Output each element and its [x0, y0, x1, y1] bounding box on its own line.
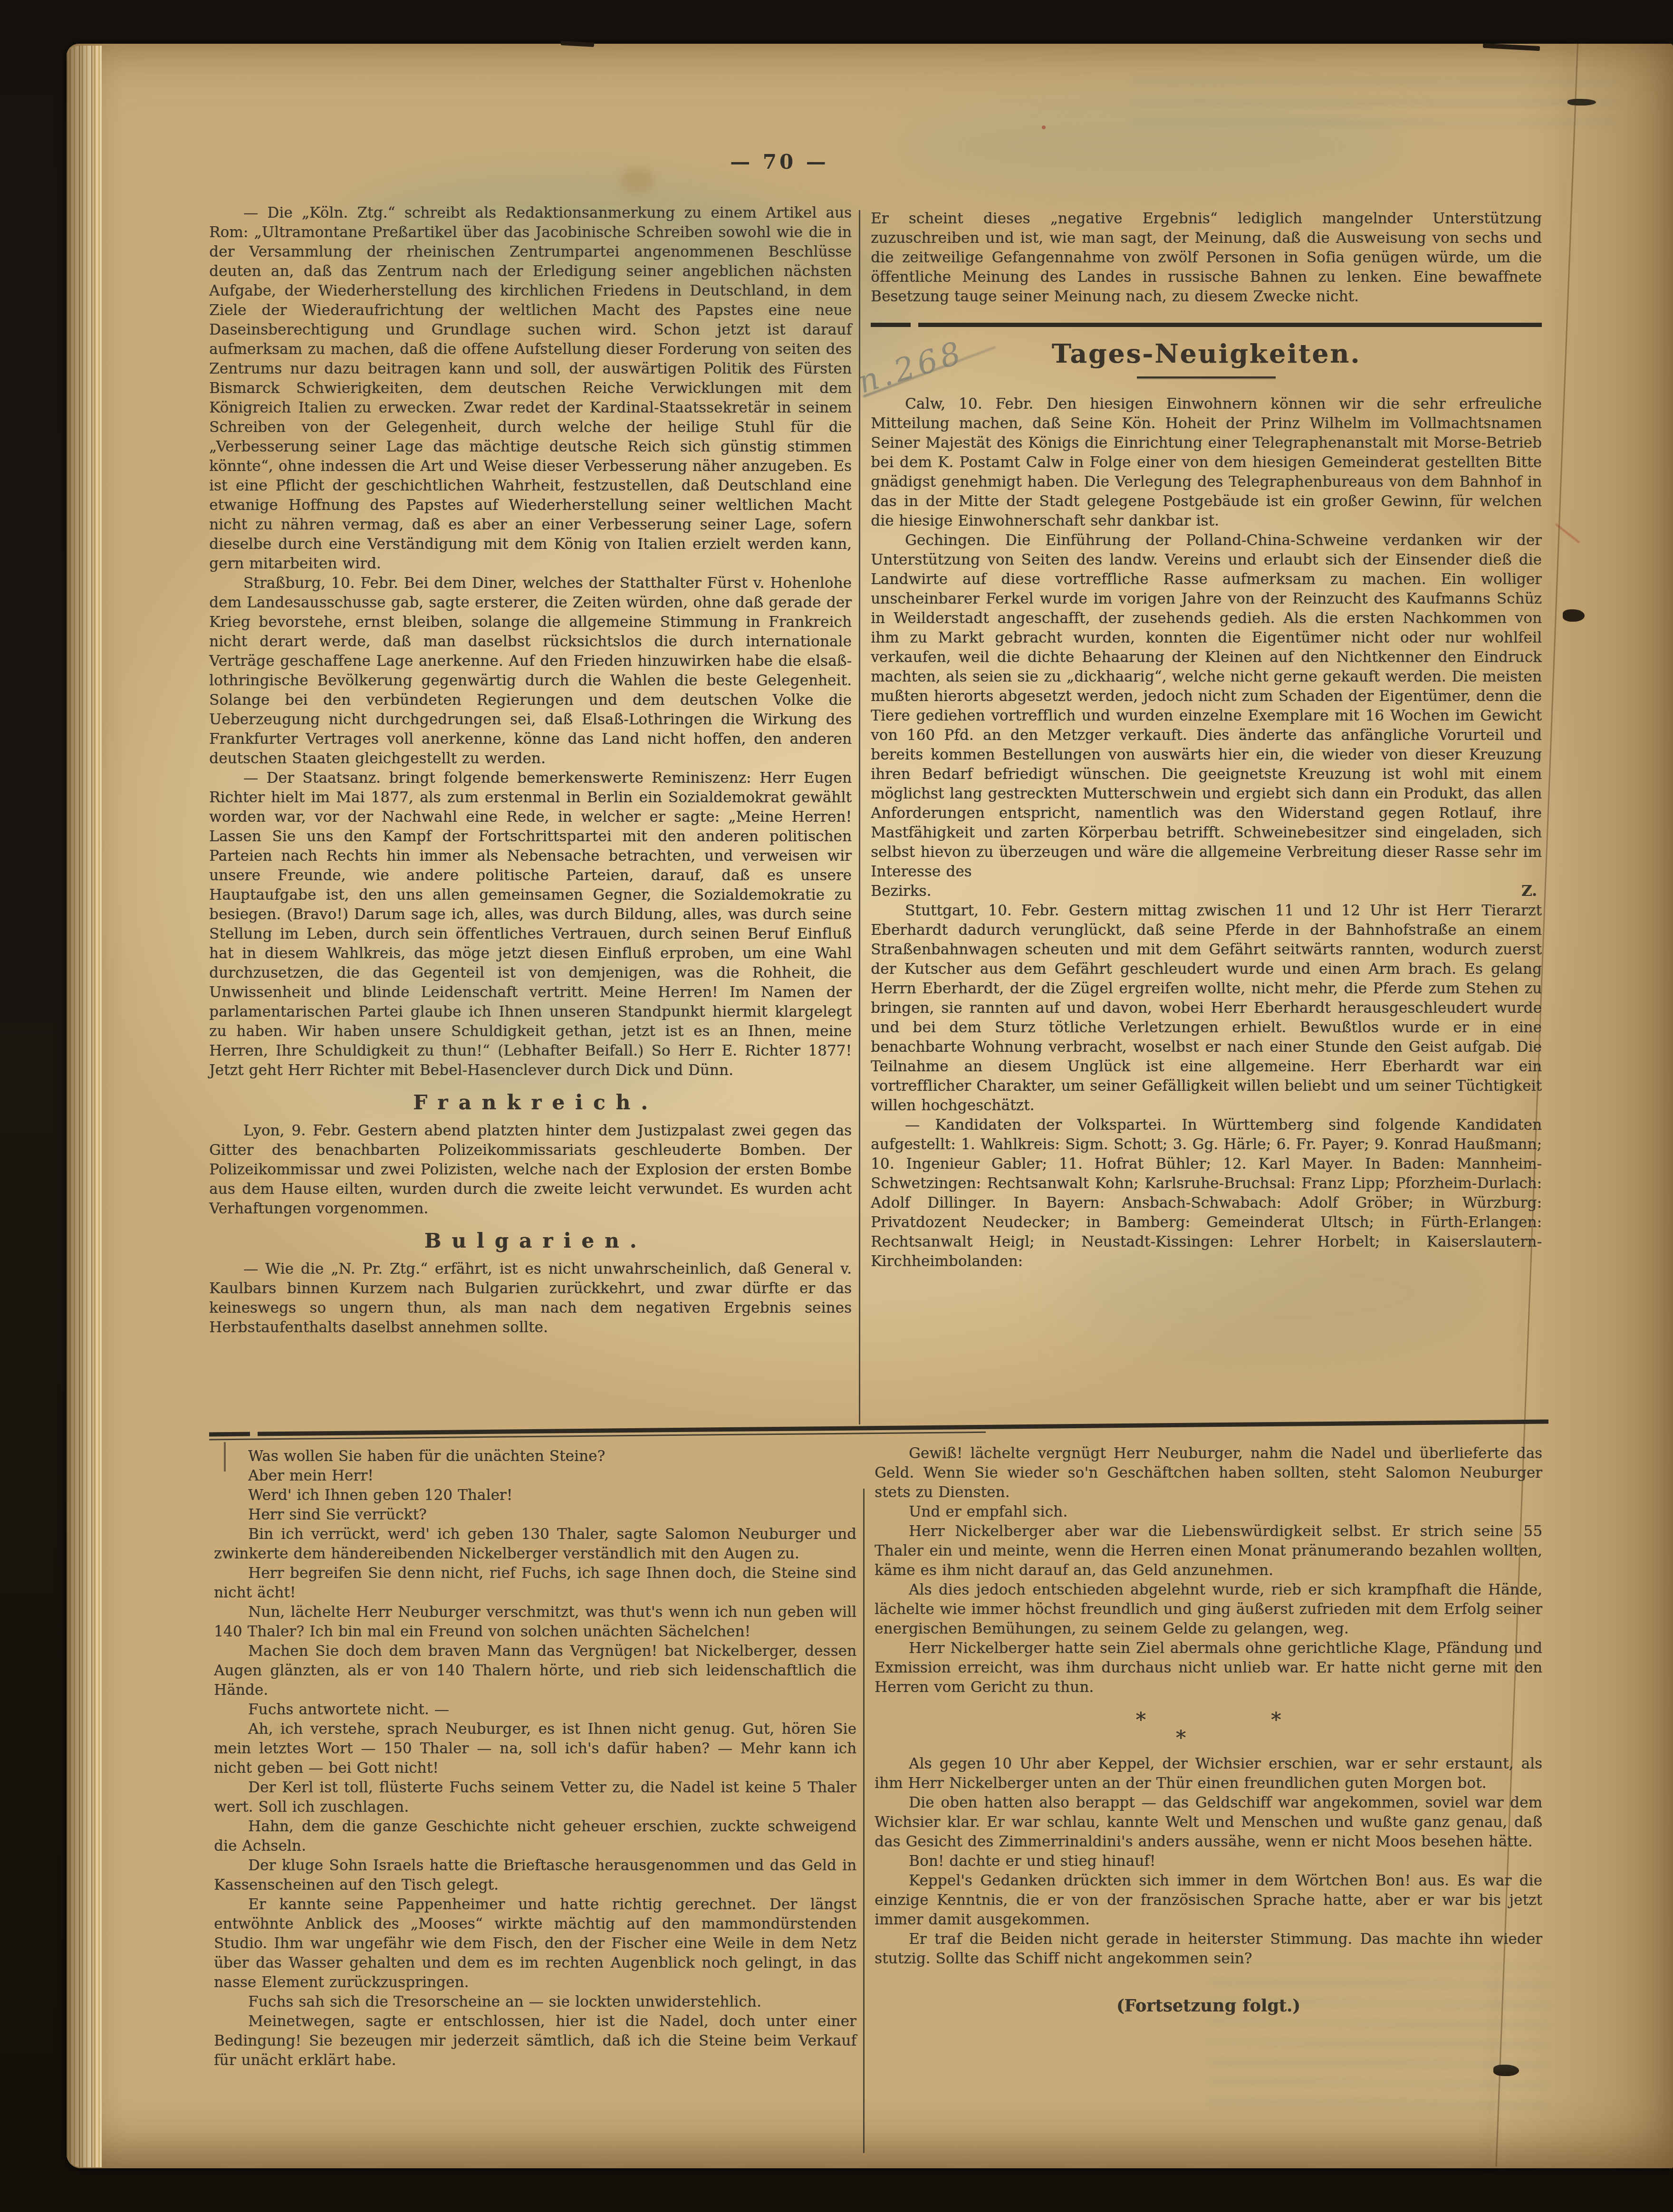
paragraph: Der Kerl ist toll, flüsterte Fuchs seine… — [214, 1778, 856, 1817]
paragraph: Herr sind Sie verrückt? — [214, 1505, 856, 1525]
paragraph: Bulgarien. — [209, 1229, 852, 1253]
top-left-column: — Die „Köln. Ztg.“ schreibt als Redaktio… — [209, 203, 852, 1337]
news-divider — [871, 323, 1542, 327]
edge-notch — [561, 41, 594, 47]
paragraph: Straßburg, 10. Febr. Bei dem Diner, welc… — [209, 574, 852, 769]
page-number: — 70 — — [730, 150, 829, 173]
paragraph: Frankreich. — [209, 1091, 852, 1115]
book-page: — 70 — n.268 — Die „Köln. Ztg.“ schreibt… — [67, 44, 1673, 2168]
foxing-spot — [620, 168, 654, 193]
paragraph: Keppel's Gedanken drückten sich immer in… — [875, 1871, 1542, 1930]
paragraph: Ah, ich verstehe, sprach Neuburger, es i… — [214, 1720, 856, 1778]
divider-line-thick — [209, 1419, 1548, 1436]
paragraph: Der kluge Sohn Israels hatte die Briefta… — [214, 1856, 856, 1895]
paragraph: (Fortsetzung folgt.) — [875, 1996, 1542, 2016]
paragraph: Fuchs antwortete nicht. — — [214, 1700, 856, 1720]
paragraph: Hahn, dem die ganze Geschichte nicht geh… — [214, 1817, 856, 1856]
paragraph: Bon! dachte er und stieg hinauf! — [875, 1852, 1542, 1871]
paragraph: Was wollen Sie haben für die unächten St… — [214, 1447, 856, 1466]
paragraph: Herr Nickelberger aber war die Liebenswü… — [875, 1522, 1542, 1580]
paragraph: * * — [875, 1712, 1542, 1729]
stain — [894, 96, 1407, 196]
tear-mark — [1567, 99, 1596, 106]
top-right-column: Er scheint dieses „negative Ergebnis“ le… — [871, 209, 1542, 1271]
paragraph: Meinetwegen, sagte er entschlossen, hier… — [214, 2012, 856, 2070]
paragraph: Bin ich verrückt, werd' ich geben 130 Th… — [214, 1525, 856, 1564]
paragraph: Werd' ich Ihnen geben 120 Thaler! — [214, 1486, 856, 1505]
paragraph: Gechingen. Die Einführung der Polland-Ch… — [871, 531, 1542, 882]
tages-neuigkeiten-header: Tages-Neuigkeiten. — [871, 338, 1542, 369]
paragraph: Er traf die Beiden nicht gerade in heite… — [875, 1930, 1542, 1969]
column-rule-bottom — [863, 1489, 865, 2153]
bottom-right-column: Gewiß! lächelte vergnügt Herr Neuburger,… — [875, 1444, 1542, 2016]
paragraph: Herr begreifen Sie denn nicht, rief Fuch… — [214, 1564, 856, 1603]
red-ink-speck — [1042, 125, 1046, 129]
paragraph: — Kandidaten der Volkspartei. In Württem… — [871, 1116, 1542, 1271]
column-rule-top — [859, 210, 860, 1424]
paragraph: Machen Sie doch dem braven Mann das Verg… — [214, 1642, 856, 1700]
paragraph: — Die „Köln. Ztg.“ schreibt als Redaktio… — [209, 203, 852, 574]
header-rule — [1137, 376, 1276, 378]
paragraph: Er kannte seine Pappenheimer und hatte r… — [214, 1895, 856, 1992]
paragraph: Herr Nickelberger hatte sein Ziel aberma… — [875, 1639, 1542, 1697]
top-right-intro: Er scheint dieses „negative Ergebnis“ le… — [871, 209, 1542, 307]
paragraph: Als dies jedoch entschieden abgelehnt wu… — [875, 1580, 1542, 1639]
author-initial: Z. — [1521, 882, 1542, 901]
tear-mark — [1493, 2065, 1519, 2076]
paragraph: * — [847, 1729, 1515, 1748]
scan-background: — 70 — n.268 — Die „Köln. Ztg.“ schreibt… — [0, 0, 1673, 2212]
paragraph: Lyon, 9. Febr. Gestern abend platzten hi… — [209, 1121, 852, 1219]
paragraph: — Der Staatsanz. bringt folgende bemerke… — [209, 769, 852, 1080]
page-edge-stack — [67, 46, 102, 2167]
paragraph: Stuttgart, 10. Febr. Gestern mittag zwis… — [871, 901, 1542, 1116]
paragraph: — Wie die „N. Pr. Ztg.“ erfährt, ist es … — [209, 1260, 852, 1337]
paragraph: Calw, 10. Febr. Den hiesigen Einwohnern … — [871, 394, 1542, 531]
paragraph: Aber mein Herr! — [214, 1466, 856, 1486]
paragraph: Die oben hatten also berappt — das Gelds… — [875, 1793, 1542, 1852]
section-divider — [209, 1419, 1548, 1440]
tear-mark — [1563, 609, 1585, 622]
paragraph: Fuchs sah sich die Tresorscheine an — si… — [214, 1992, 856, 2012]
bottom-left-column: Was wollen Sie haben für die unächten St… — [214, 1447, 856, 2070]
paragraph: Gewiß! lächelte vergnügt Herr Neuburger,… — [875, 1444, 1542, 1502]
paragraph: Als gegen 10 Uhr aber Keppel, der Wichsi… — [875, 1754, 1542, 1793]
paragraph: Er scheint dieses „negative Ergebnis“ le… — [871, 209, 1542, 307]
paragraph: Und er empfahl sich. — [875, 1502, 1542, 1522]
paragraph: Nun, lächelte Herr Neuburger verschmitzt… — [214, 1603, 856, 1642]
top-right-articles: Calw, 10. Febr. Den hiesigen Einwohnern … — [871, 394, 1542, 1271]
paragraph: Bezirks.Z. — [871, 882, 1542, 901]
